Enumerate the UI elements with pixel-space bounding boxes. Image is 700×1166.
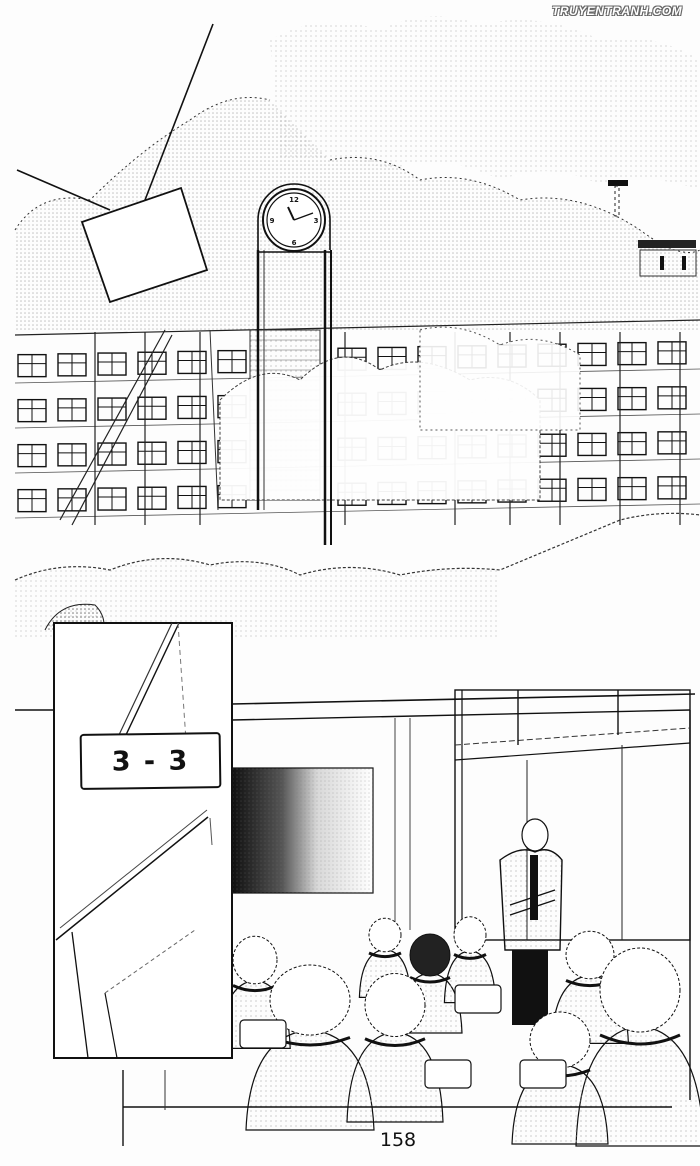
page-number: 158 xyxy=(358,1129,438,1151)
campus-panel: 12 3 6 9 xyxy=(15,16,700,640)
door-panel xyxy=(54,623,232,1058)
clock-numeral-9: 9 xyxy=(270,217,275,225)
class-sign: 3 - 3 xyxy=(80,732,222,790)
teacher-figure xyxy=(500,819,562,1025)
clock-numeral-6: 6 xyxy=(292,239,297,247)
page-artwork: 12 3 6 9 xyxy=(0,0,700,1166)
clock-numeral-12: 12 xyxy=(289,196,299,204)
clock-numeral-3: 3 xyxy=(314,217,319,225)
students xyxy=(220,917,700,1146)
site-watermark: TRUYENTRANH.COM xyxy=(552,4,682,18)
manga-page: 12 3 6 9 xyxy=(0,0,700,1166)
